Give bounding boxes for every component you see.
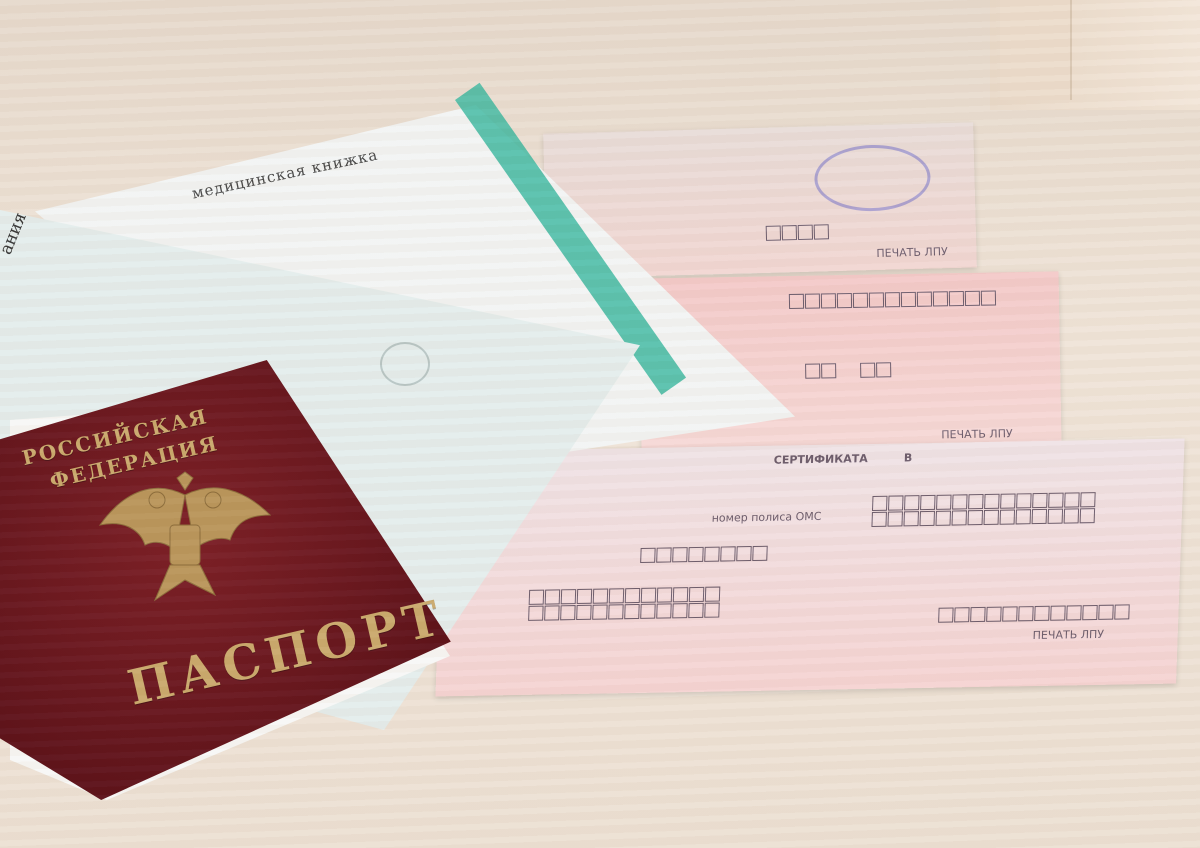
shelf-edge <box>1000 0 1072 100</box>
double-headed-eagle-icon <box>85 470 285 610</box>
snils-box-field <box>528 603 720 621</box>
oms-field-label: номер полиса ОМС <box>711 510 821 525</box>
certificate-header: СЕРТИФИКАТА <box>774 452 869 467</box>
print-label: ПЕЧАТЬ ЛПУ <box>941 427 1013 441</box>
print-label: ПЕЧАТЬ ЛПУ <box>876 245 948 260</box>
oms-box-field <box>871 508 1095 527</box>
passport: РОССИЙСКАЯ ФЕДЕРАЦИЯ ПАСПОРТ <box>0 360 440 800</box>
series-label: В <box>904 451 913 464</box>
date-box-field <box>640 546 768 563</box>
box-field <box>789 290 996 309</box>
box-field <box>805 363 836 379</box>
print-label: ПЕЧАТЬ ЛПУ <box>1032 628 1104 642</box>
box-field <box>766 224 829 241</box>
box-field <box>860 362 891 378</box>
stamp-icon <box>814 144 932 213</box>
date-box-field <box>938 604 1130 622</box>
